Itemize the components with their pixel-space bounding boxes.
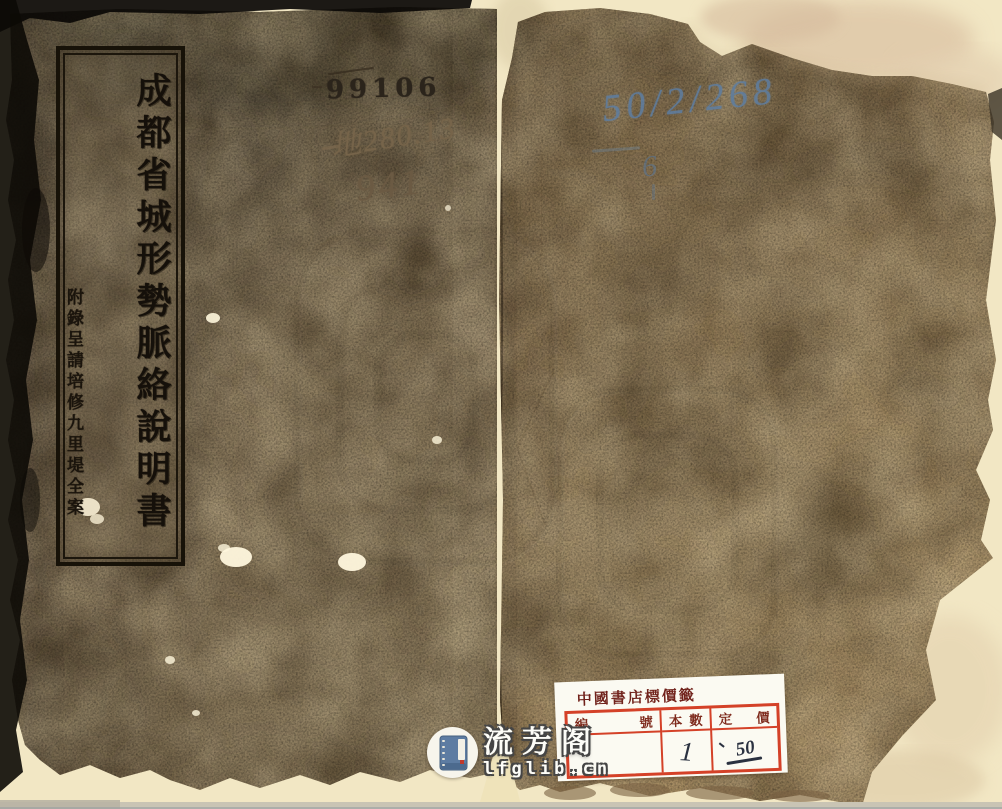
copies-value: 1 bbox=[679, 735, 695, 767]
watermark-site-name: 流芳阁 bbox=[483, 727, 611, 759]
book-title: 成都省城形勢脈絡說明書 bbox=[134, 72, 169, 546]
scanned-book-cover: 成都省城形勢脈絡說明書 附錄呈請培修九里堤全案 99106 地280.13 94… bbox=[0, 0, 1002, 809]
price-table-value-price: 50 bbox=[712, 728, 778, 770]
blue-ink-faint-mark: 6 bbox=[641, 149, 659, 184]
watermark-book-icon bbox=[427, 727, 478, 778]
book-subtitle-note: 附錄呈請培修九里堤全案 bbox=[65, 288, 82, 588]
blue-ink-tail-mark bbox=[652, 184, 655, 200]
accession-number-stamp: 99106 bbox=[326, 72, 442, 105]
stamp-dash-mark bbox=[312, 86, 322, 88]
title-label: 成都省城形勢脈絡說明書 附錄呈請培修九里堤全案 bbox=[56, 46, 185, 566]
watermark-text: 流芳阁 lfglib.cn bbox=[483, 727, 611, 778]
pencil-shelf-number: 941 bbox=[354, 160, 426, 211]
price-tick-mark bbox=[719, 742, 725, 747]
site-watermark: 流芳阁 lfglib.cn bbox=[427, 727, 611, 778]
price-table-header-copies: 本數 bbox=[661, 708, 712, 732]
price-table-value-copies: 1 bbox=[662, 730, 713, 772]
price-table-header-price: 定價 bbox=[711, 706, 777, 730]
watermark-site-url: lfglib.cn bbox=[483, 761, 611, 778]
